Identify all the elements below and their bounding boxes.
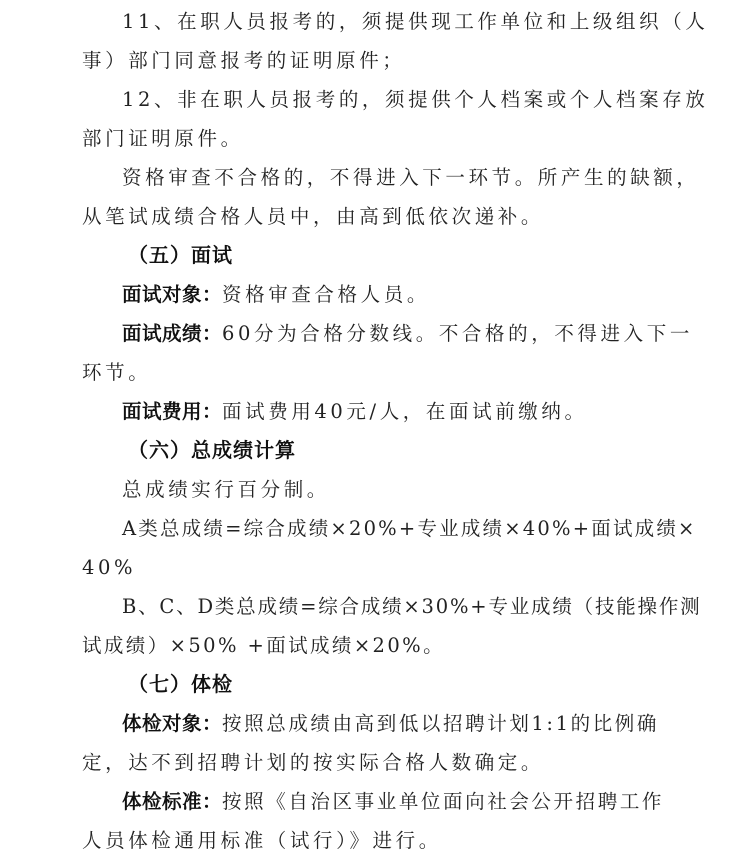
- formula-bcd-line1: B、C、D类总成绩=综合成绩×30%+专业成绩（技能操作测: [122, 587, 701, 626]
- disqualify-paragraph-line1: 资格审查不合格的，不得进入下一环节。所产生的缺额，: [122, 158, 700, 197]
- formula-bcd-line2: 试成绩）×50% +面试成绩×20%。: [82, 626, 445, 665]
- exam-target-line2: 定，达不到招聘计划的按实际合格人数确定。: [82, 743, 544, 782]
- item-12-line1: 12、非在职人员报考的，须提供个人档案或个人档案存放: [122, 80, 708, 119]
- item-text: 非在职人员报考的，须提供个人档案或个人档案存放: [177, 88, 708, 111]
- exam-target-text: 按照总成绩由高到低以招聘计划1:1的比例确: [222, 712, 659, 735]
- interview-target-label: 面试对象：: [122, 283, 222, 306]
- formula-a-line2: 40%: [82, 548, 136, 587]
- exam-standard-line1: 体检标准：按照《自治区事业单位面向社会公开招聘工作: [122, 782, 664, 821]
- item-11-line2: 事）部门同意报考的证明原件；: [82, 41, 405, 80]
- section-heading-interview: （五）面试: [128, 236, 233, 275]
- interview-fee: 面试费用：面试费用40元/人，在面试前缴纳。: [122, 392, 588, 431]
- item-12-line2: 部门证明原件。: [82, 119, 244, 158]
- total-score-intro: 总成绩实行百分制。: [122, 470, 330, 509]
- interview-target: 面试对象：资格审查合格人员。: [122, 275, 430, 314]
- exam-standard-line2: 人员体检通用标准（试行）》进行。: [82, 821, 442, 860]
- interview-fee-label: 面试费用：: [122, 400, 222, 423]
- section-heading-physical-exam: （七）体检: [128, 665, 233, 704]
- exam-target-label: 体检对象：: [122, 712, 222, 735]
- item-number: 11、: [122, 10, 177, 33]
- item-number: 12、: [122, 88, 177, 111]
- item-11-line1: 11、在职人员报考的，须提供现工作单位和上级组织（人: [122, 2, 708, 41]
- interview-target-text: 资格审查合格人员。: [222, 283, 430, 306]
- formula-a-line1: A类总成绩=综合成绩×20%+专业成绩×40%+面试成绩×: [122, 509, 697, 548]
- exam-standard-label: 体检标准：: [122, 790, 222, 813]
- interview-score-label: 面试成绩：: [122, 322, 222, 345]
- section-heading-total-score: （六）总成绩计算: [128, 431, 296, 470]
- disqualify-paragraph-line2: 从笔试成绩合格人员中，由高到低依次递补。: [82, 197, 544, 236]
- interview-score-text: 60分为合格分数线。不合格的，不得进入下一: [222, 322, 693, 345]
- exam-standard-text: 按照《自治区事业单位面向社会公开招聘工作: [222, 790, 664, 813]
- exam-target-line1: 体检对象：按照总成绩由高到低以招聘计划1:1的比例确: [122, 704, 659, 743]
- interview-score-line2: 环节。: [82, 353, 151, 392]
- interview-fee-text: 面试费用40元/人，在面试前缴纳。: [222, 400, 588, 423]
- item-text: 在职人员报考的，须提供现工作单位和上级组织（人: [177, 10, 708, 33]
- interview-score-line1: 面试成绩：60分为合格分数线。不合格的，不得进入下一: [122, 314, 693, 353]
